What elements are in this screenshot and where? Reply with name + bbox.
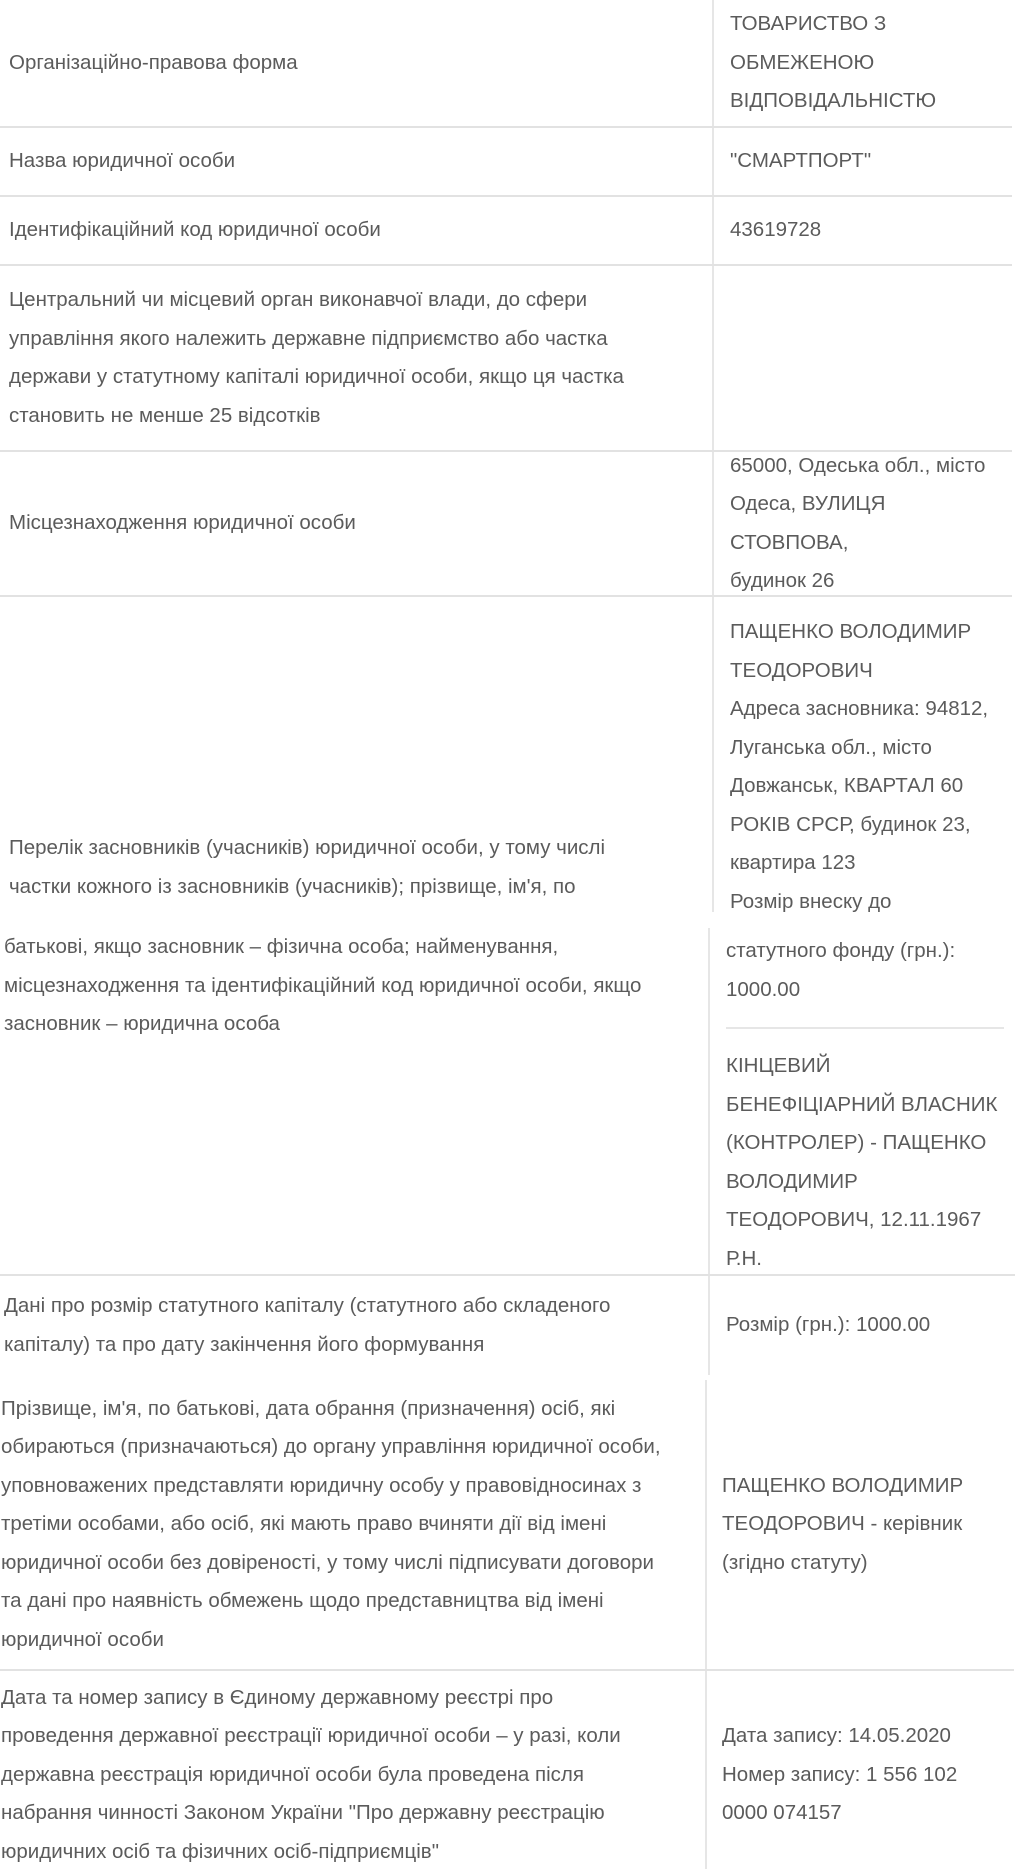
label-line: батькові, якщо засновник – фізична особа… (4, 928, 641, 967)
label-cell: Місцезнаходження юридичної особи (0, 452, 712, 595)
value-cell: "СМАРТПОРТ" (712, 128, 1012, 195)
table-row-location: Місцезнаходження юридичної особи 65000, … (0, 452, 1012, 597)
label-line: та дані про наявність обмежень щодо пред… (1, 1582, 661, 1621)
table-row-registration-record: Дата та номер запису в Єдиному державном… (0, 1671, 1014, 1869)
label-line: юридичної особи без довіреності, у тому … (1, 1544, 661, 1583)
label-cell: Прізвище, ім'я, по батькові, дата обранн… (0, 1380, 705, 1669)
table-row-founders-top: Перелік засновників (учасників) юридично… (0, 597, 1012, 912)
table-row-management: Прізвище, ім'я, по батькові, дата обранн… (0, 1380, 1014, 1671)
beneficiary-line: ВОЛОДИМИР (726, 1163, 1004, 1202)
value-cell: 43619728 (712, 197, 1012, 264)
label-line: засновник – юридична особа (4, 1005, 641, 1044)
record-number: Номер запису: 1 556 102 (722, 1756, 957, 1795)
label-cell: Організаційно-правова форма (0, 0, 712, 126)
founder-line: Луганська обл., місто (730, 729, 988, 768)
label-line: обираються (призначаються) до органу упр… (1, 1428, 661, 1467)
record-date: Дата запису: 14.05.2020 (722, 1717, 957, 1756)
founder-contribution: 1000.00 (726, 971, 1004, 1010)
founder-line: РОКІВ СРСР, будинок 23, (730, 806, 988, 845)
divider (726, 1027, 1004, 1029)
beneficiary-line: КІНЦЕВИЙ (726, 1047, 1004, 1086)
value-line: ТЕОДОРОВИЧ - керівник (722, 1505, 963, 1544)
label-cell: Центральний чи місцевий орган виконавчої… (0, 266, 712, 450)
label-line: третіми особами, або осіб, які мають пра… (1, 1505, 661, 1544)
label-cell: Дані про розмір статутного капіталу (ста… (0, 1276, 708, 1375)
label-line: уповноважених представляти юридичну особ… (1, 1467, 661, 1506)
label-line: Центральний чи місцевий орган виконавчої… (9, 281, 624, 320)
founder-line: ТЕОДОРОВИЧ (730, 652, 988, 691)
label-line: місцезнаходження та ідентифікаційний код… (4, 967, 641, 1006)
value-cell: ПАЩЕНКО ВОЛОДИМИР ТЕОДОРОВИЧ - керівник … (705, 1380, 1014, 1669)
value-line: ТОВАРИСТВО З (730, 5, 936, 44)
table-row-legal-form: Організаційно-правова форма ТОВАРИСТВО З… (0, 0, 1012, 128)
label-line: становить не менше 25 відсотків (9, 397, 624, 436)
value-cell: 65000, Одеська обл., місто Одеса, ВУЛИЦЯ… (712, 452, 1012, 595)
label-line: управління якого належить державне підпр… (9, 320, 624, 359)
value-line: ВІДПОВІДАЛЬНІСТЮ (730, 82, 936, 121)
label-cell: Ідентифікаційний код юридичної особи (0, 197, 712, 264)
label-line: Перелік засновників (учасників) юридично… (9, 829, 605, 868)
label-cell: Перелік засновників (учасників) юридично… (0, 597, 712, 912)
label-line: держави у статутному капіталі юридичної … (9, 358, 624, 397)
value-line: ПАЩЕНКО ВОЛОДИМИР (722, 1467, 963, 1506)
value-line: ОБМЕЖЕНОЮ (730, 44, 936, 83)
record-number-cont: 0000 074157 (722, 1794, 957, 1833)
table-row-company-name: Назва юридичної особи "СМАРТПОРТ" (0, 128, 1012, 197)
founder-line: Адреса засновника: 94812, (730, 690, 988, 729)
label-line: проведення державної реєстрації юридично… (1, 1717, 621, 1756)
id-code: 43619728 (730, 211, 821, 250)
label-line: юридичних осіб та фізичних осіб-підприєм… (1, 1833, 621, 1869)
founder-line: Розмір внеску до (730, 883, 988, 913)
company-name: "СМАРТПОРТ" (730, 142, 871, 181)
label-line: Дата та номер запису в Єдиному державном… (1, 1679, 621, 1718)
label-cell: Назва юридичної особи (0, 128, 712, 195)
table-row-capital: Дані про розмір статутного капіталу (ста… (0, 1276, 1015, 1375)
beneficiary-line: (КОНТРОЛЕР) - ПАЩЕНКО (726, 1124, 1004, 1163)
value-line: Одеса, ВУЛИЦЯ СТОВПОВА, (730, 485, 1004, 562)
label-line: частки кожного із засновників (учасників… (9, 868, 605, 907)
founder-line: статутного фонду (грн.): (726, 932, 1004, 971)
label-cell: Дата та номер запису в Єдиному державном… (0, 1671, 705, 1869)
table-row-id-code: Ідентифікаційний код юридичної особи 436… (0, 197, 1012, 266)
beneficiary-line: ТЕОДОРОВИЧ, 12.11.1967 (726, 1201, 1004, 1240)
founder-line: квартира 123 (730, 844, 988, 883)
label-line: державна реєстрація юридичної особи була… (1, 1756, 621, 1795)
row-label: Організаційно-правова форма (9, 44, 298, 83)
table-row-governing-authority: Центральний чи місцевий орган виконавчої… (0, 266, 1012, 452)
founder-cell: ПАЩЕНКО ВОЛОДИМИР ТЕОДОРОВИЧ Адреса засн… (712, 597, 1012, 912)
beneficiary-line: БЕНЕФІЦІАРНИЙ ВЛАСНИК (726, 1086, 1004, 1125)
label-line: набрання чинності Законом України "Про д… (1, 1794, 621, 1833)
value-cell: Розмір (грн.): 1000.00 (708, 1276, 1015, 1375)
label-cell: батькові, якщо засновник – фізична особа… (0, 928, 708, 1274)
capital-amount: Розмір (грн.): 1000.00 (726, 1306, 930, 1345)
value-cell: Дата запису: 14.05.2020 Номер запису: 1 … (705, 1671, 1014, 1869)
label-line: Дані про розмір статутного капіталу (ста… (4, 1287, 610, 1326)
value-line: (згідно статуту) (722, 1544, 963, 1583)
value-line: будинок 26 (730, 562, 1004, 601)
row-label: Назва юридичної особи (9, 142, 235, 181)
label-line: Прізвище, ім'я, по батькові, дата обранн… (1, 1390, 661, 1429)
value-line: 65000, Одеська обл., місто (730, 447, 1004, 486)
label-line: капіталу) та про дату закінчення його фо… (4, 1326, 610, 1365)
founder-line: Довжанськ, КВАРТАЛ 60 (730, 767, 988, 806)
table-row-founders-bottom: батькові, якщо засновник – фізична особа… (0, 928, 1015, 1276)
founder-cell: статутного фонду (грн.): 1000.00 КІНЦЕВИ… (708, 928, 1015, 1274)
label-line: юридичної особи (1, 1621, 661, 1660)
value-cell: ТОВАРИСТВО З ОБМЕЖЕНОЮ ВІДПОВІДАЛЬНІСТЮ (712, 0, 1012, 126)
row-label: Місцезнаходження юридичної особи (9, 504, 356, 543)
row-label: Ідентифікаційний код юридичної особи (9, 211, 381, 250)
value-cell-empty (712, 266, 1012, 450)
beneficiary-line: Р.Н. (726, 1240, 1004, 1279)
founder-line: ПАЩЕНКО ВОЛОДИМИР (730, 613, 988, 652)
